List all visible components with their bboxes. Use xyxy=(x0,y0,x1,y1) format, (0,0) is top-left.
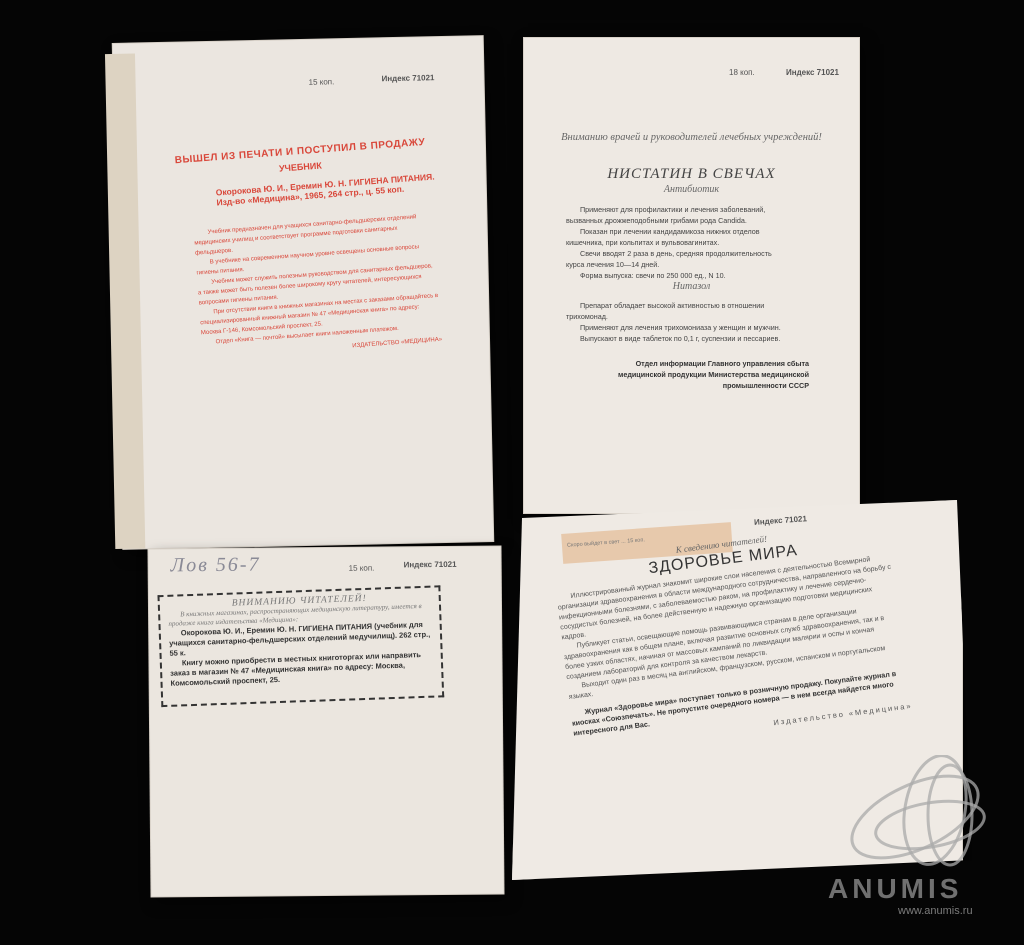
watermark-name: ANUMIS xyxy=(828,873,962,905)
intro-text: Вниманию врачей и руководителей лечебных… xyxy=(554,130,829,146)
section2-title: Нитазол xyxy=(544,281,839,292)
paragraph: Выпускают в виде таблеток по 0,1 г, сусп… xyxy=(566,333,791,344)
index-label: Индекс 71021 xyxy=(754,514,807,527)
booklet-nistatin: 18 коп. Индекс 71021 Вниманию врачей и р… xyxy=(524,38,859,513)
index-label: Индекс 71021 xyxy=(381,73,434,83)
notice-box: ВНИМАНИЮ ЧИТАТЕЛЕЙ! В книжных магазинах,… xyxy=(157,585,444,707)
signature: Отдел информации Главного управления сбы… xyxy=(594,358,809,391)
paragraph: Форма выпуска: свечи по 250 000 ед., N 1… xyxy=(566,270,791,281)
booklet-spine-edge xyxy=(105,53,145,549)
paragraph: Применяют для лечения трихомониаза у жен… xyxy=(566,322,791,333)
drug-subtitle: Антибиотик xyxy=(544,184,839,195)
watermark-logo-icon xyxy=(840,755,990,885)
price-label: 18 коп. xyxy=(729,68,755,77)
magazine-announcement: К сведению читателей! ЗДОРОВЬЕ МИРА Иллю… xyxy=(552,519,913,752)
handwritten-note: Лов 56-7 xyxy=(171,554,261,578)
announcement-body: Учебник предназначен для учащихся санита… xyxy=(193,211,442,362)
drug-description: Применяют для профилактики и лечения заб… xyxy=(566,204,791,281)
book-authors: Окорокова Ю. И., Еремин Ю. Н. ГИГИЕНА ПИ… xyxy=(215,171,436,207)
section2-description: Препарат обладает высокой активностью в … xyxy=(566,300,791,344)
price-label: 15 коп. xyxy=(309,77,335,87)
paragraph: Свечи вводят 2 раза в день, средняя прод… xyxy=(566,248,791,270)
index-label: Индекс 71021 xyxy=(786,68,839,77)
drug-title: НИСТАТИН В СВЕЧАХ xyxy=(544,166,839,183)
price-label: 15 коп. xyxy=(349,564,375,573)
index-label: Индекс 71021 xyxy=(404,560,457,569)
booklet-gigiena-pitaniya-red: 15 коп. Индекс 71021 ВЫШЕЛ ИЗ ПЕЧАТИ И П… xyxy=(113,36,493,549)
paragraph: Препарат обладает высокой активностью в … xyxy=(566,300,791,322)
watermark-url: www.anumis.ru xyxy=(898,905,973,917)
paragraph: Показан при лечении кандидамикоза нижних… xyxy=(566,226,791,248)
paragraph: Применяют для профилактики и лечения заб… xyxy=(566,204,791,226)
booklet-reader-notice: Лов 56-7 15 коп. Индекс 71021 ВНИМАНИЮ Ч… xyxy=(148,546,503,896)
